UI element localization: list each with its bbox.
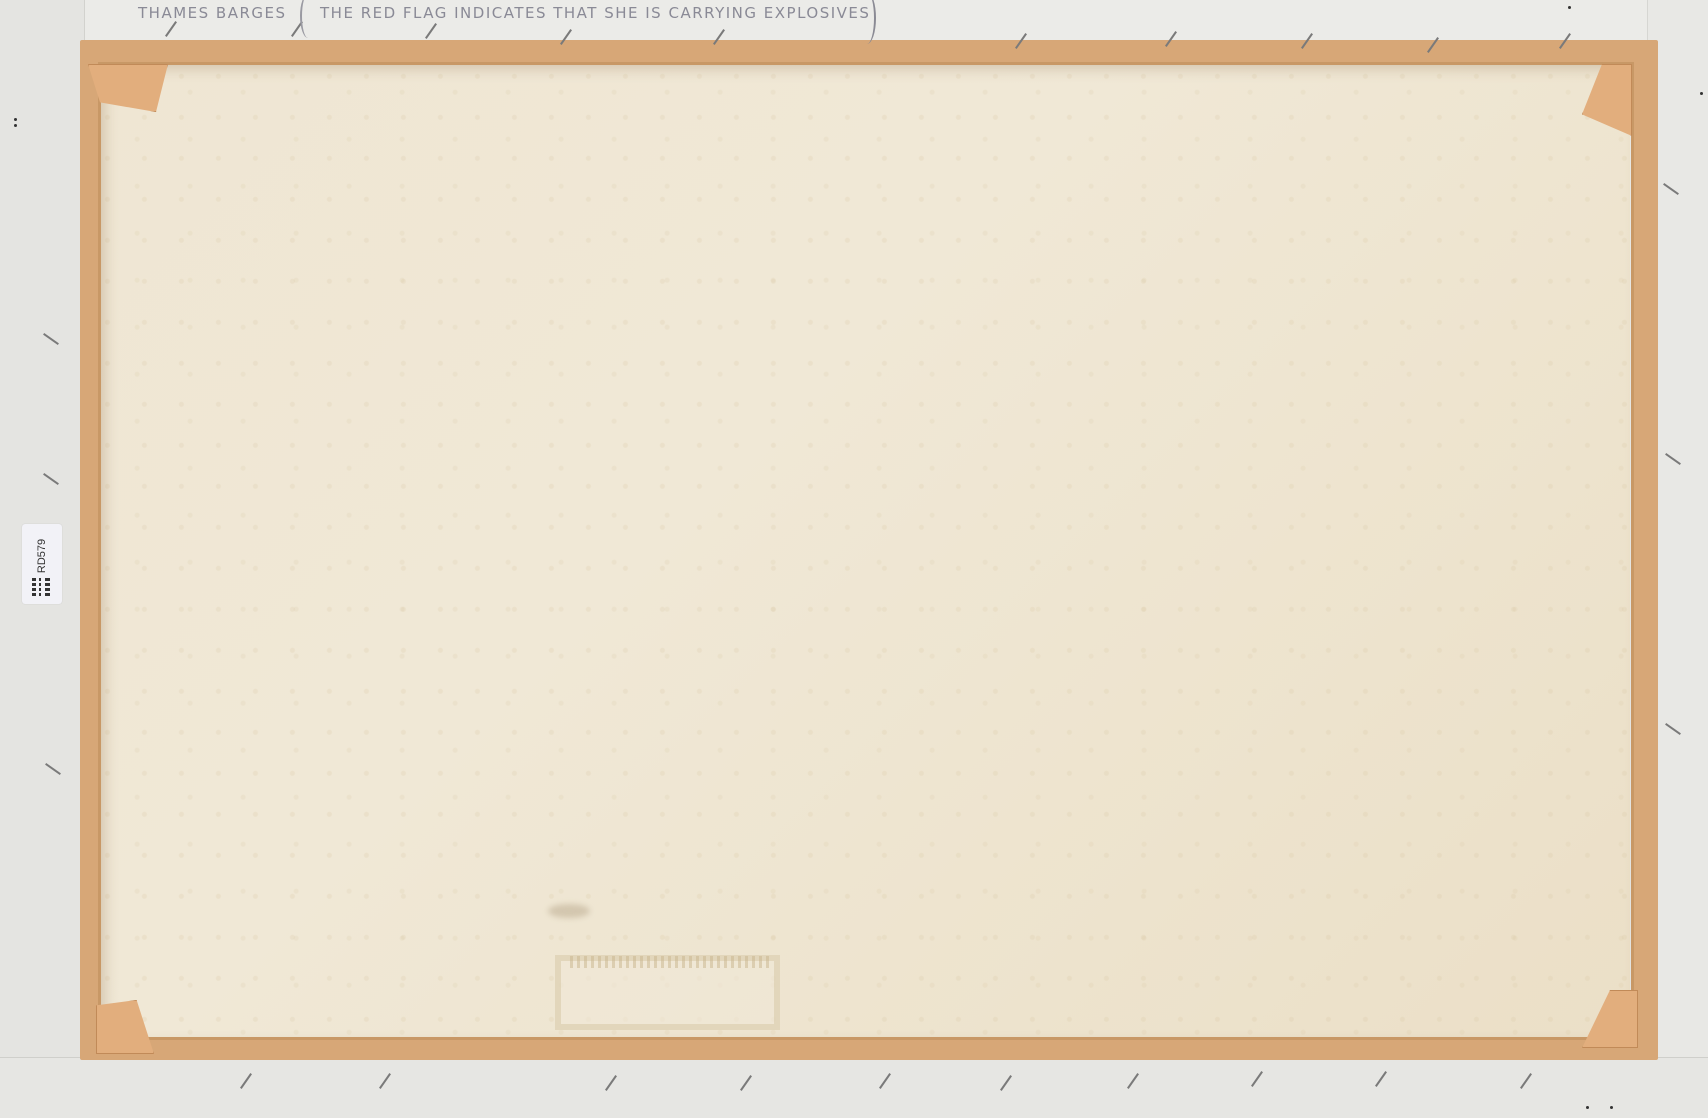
- nail-hole: [1610, 1106, 1613, 1109]
- inventory-label: RD579: [22, 524, 62, 604]
- inventory-code: RD579: [36, 526, 48, 586]
- nail-hole: [1568, 6, 1571, 9]
- nail-hole: [1700, 92, 1703, 95]
- nail-hole: [1586, 1106, 1589, 1109]
- bracket-left: [300, 0, 316, 38]
- nail-hole: [14, 124, 17, 127]
- stretcher-shadow: [98, 62, 1634, 1040]
- qr-code-icon: [32, 578, 50, 596]
- inscription-title: THAMES BARGES: [138, 4, 287, 22]
- inscription-note: THE RED FLAG INDICATES THAT SHE IS CARRY…: [320, 4, 870, 22]
- canvas-fold-bottom: [0, 1057, 1708, 1118]
- nail-hole: [14, 118, 17, 121]
